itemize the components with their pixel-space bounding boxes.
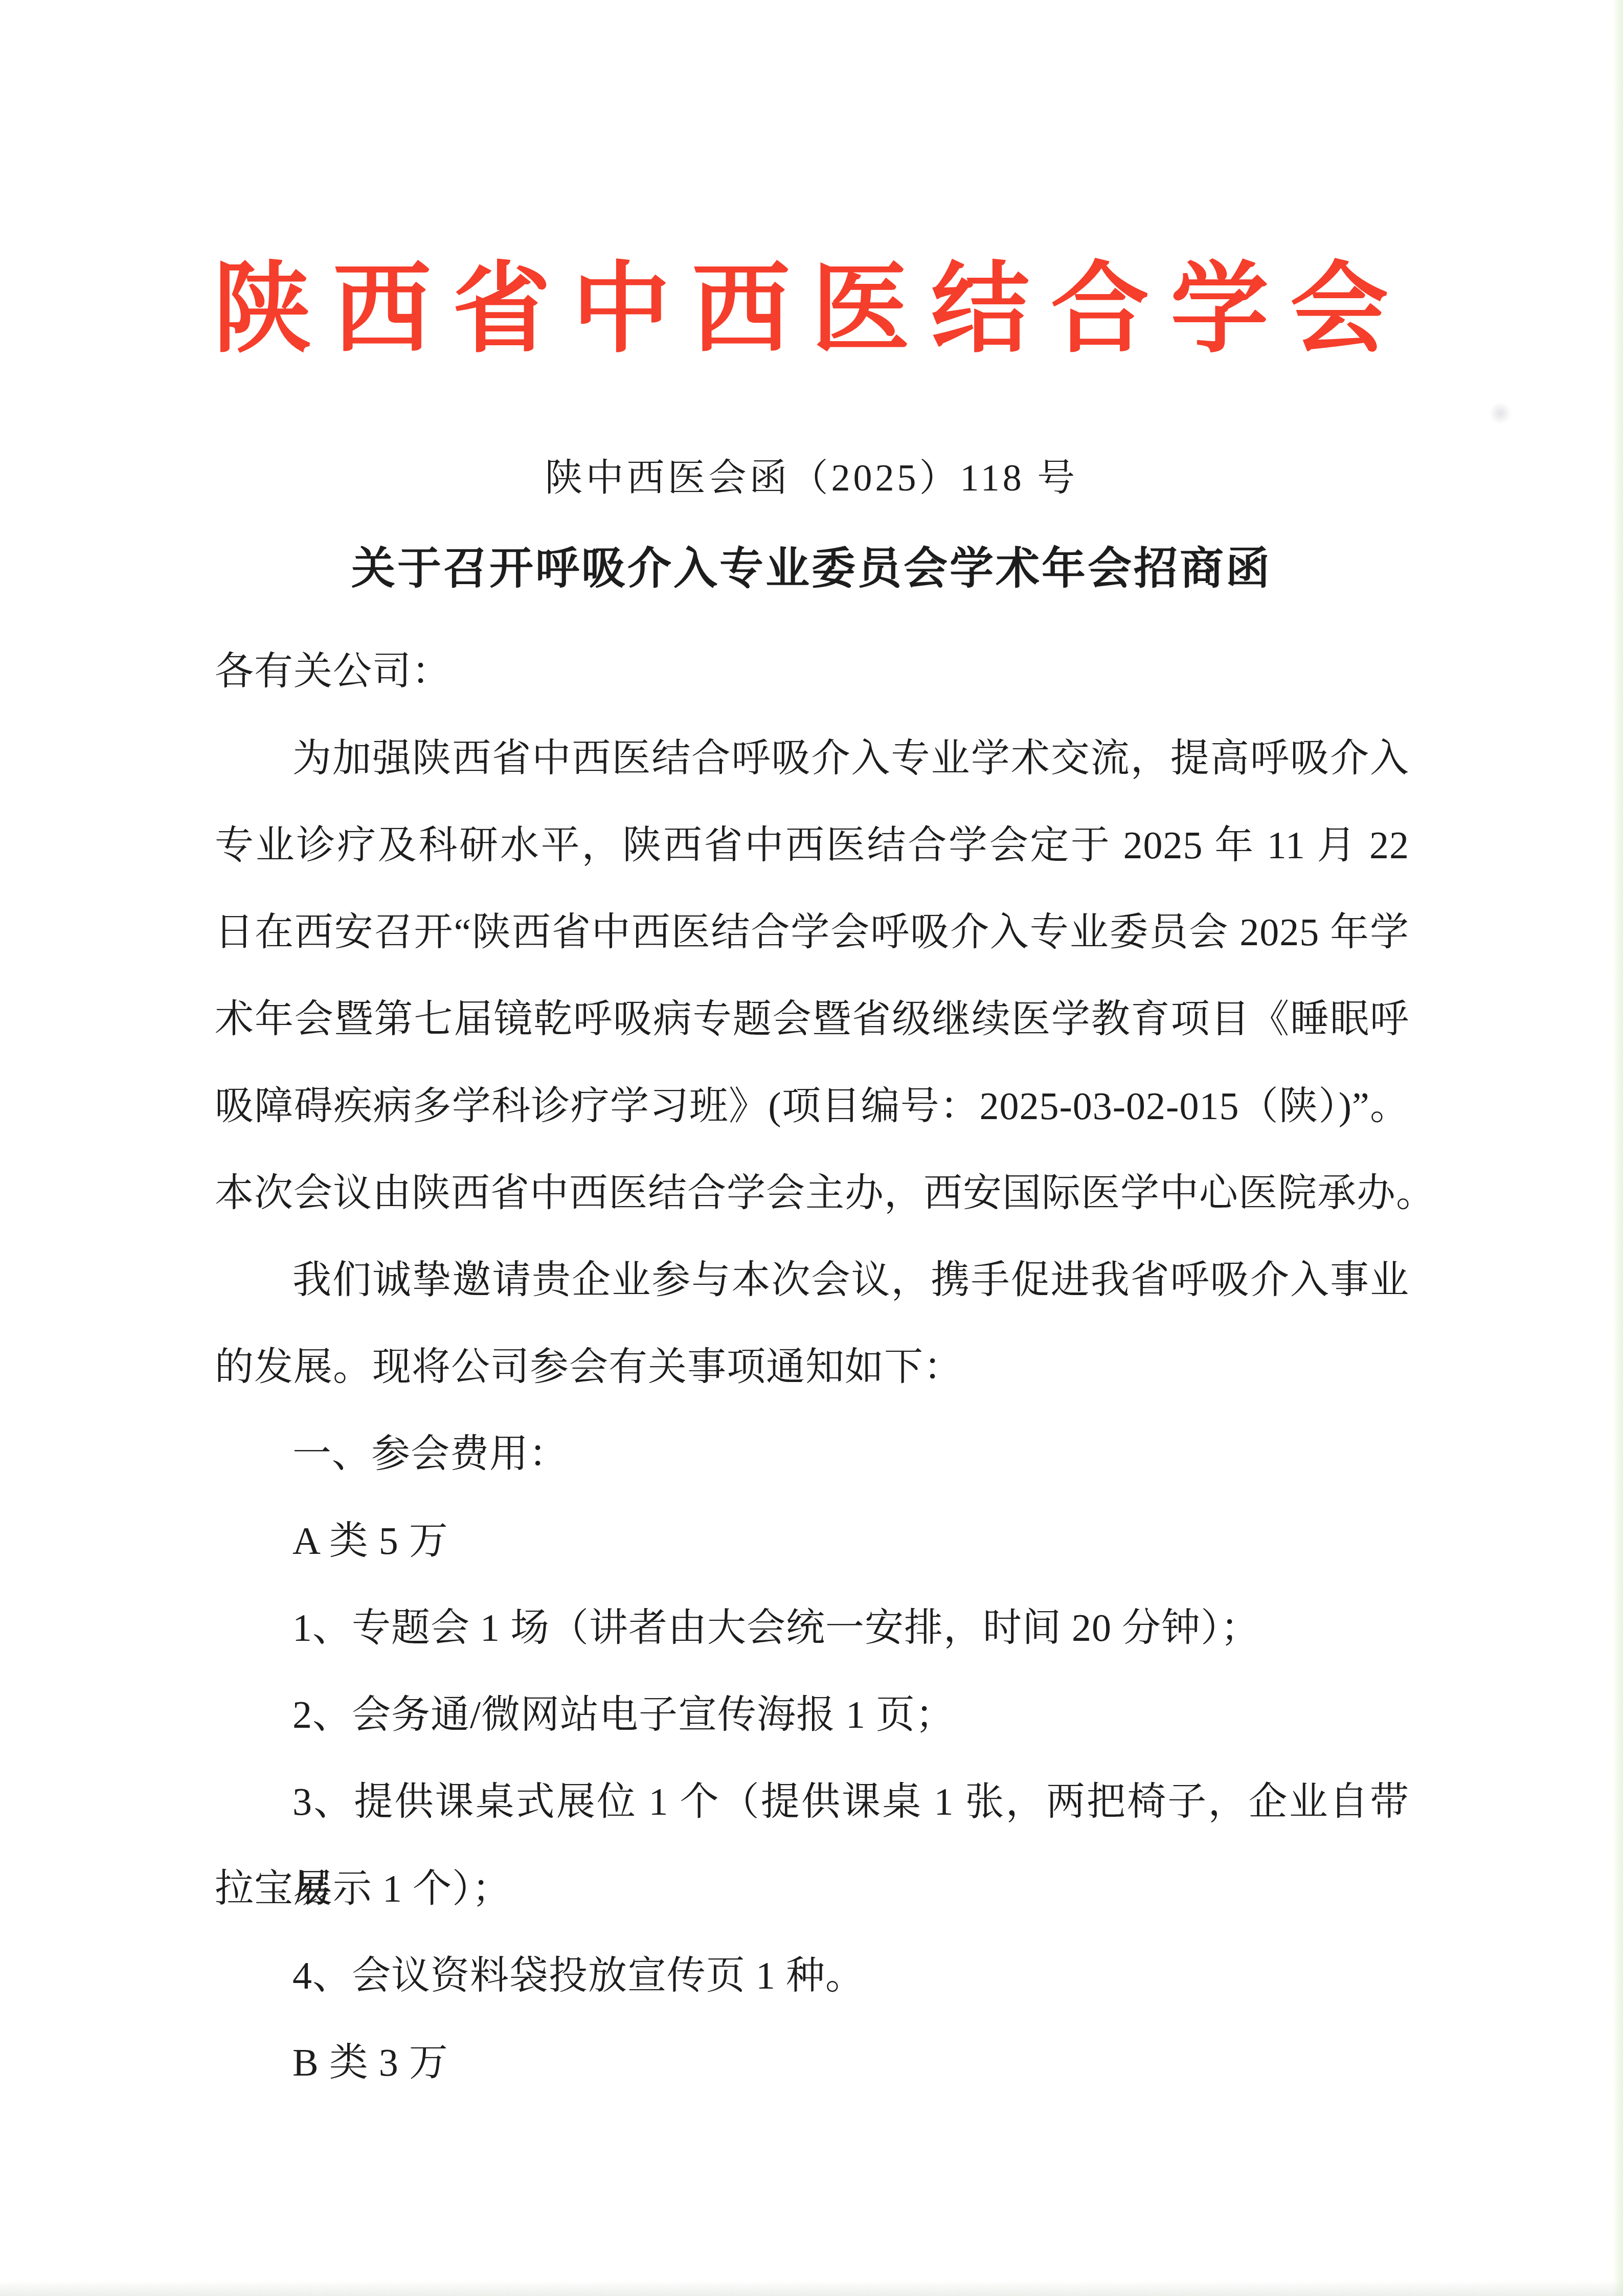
document-number: 陕中西医会函（2025）118 号: [0, 450, 1623, 507]
paragraph-line: 我们诚挚邀请贵企业参与本次会议，携手促进我省呼吸介入事业: [215, 1237, 1409, 1324]
letter-body: 各有关公司： 为加强陕西省中西医结合呼吸介入专业学术交流，提高呼吸介入 专业诊疗…: [215, 628, 1409, 2106]
scan-right-edge-artifact: [1613, 0, 1623, 2296]
paragraph-line: 术年会暨第七届镜乾呼吸病专题会暨省级继续医学教育项目《睡眠呼: [215, 976, 1409, 1063]
salutation-line: 各有关公司：: [215, 628, 1409, 715]
list-item-line: 拉宝展示 1 个）；: [215, 1845, 1409, 1932]
list-item-line: 4、会议资料袋投放宣传页 1 种。: [215, 1932, 1409, 2019]
scan-smudge-artifact: [1489, 402, 1512, 425]
list-item-line: 3、提供课桌式展位 1 个（提供课桌 1 张，两把椅子，企业自带易: [215, 1758, 1409, 1845]
paragraph-line: 专业诊疗及科研水平，陕西省中西医结合学会定于 2025 年 11 月 22: [215, 802, 1409, 889]
list-item-line: 2、会务通/微网站电子宣传海报 1 页；: [215, 1671, 1409, 1758]
paragraph-line: 本次会议由陕西省中西医结合学会主办，西安国际医学中心医院承办。: [215, 1150, 1409, 1237]
paragraph-line: 日在西安召开“陕西省中西医结合学会呼吸介入专业委员会 2025 年学: [215, 889, 1409, 976]
scanned-letter-page: 陕西省中西医结合学会 陕中西医会函（2025）118 号 关于召开呼吸介入专业委…: [0, 0, 1623, 2296]
organization-title: 陕西省中西医结合学会: [0, 231, 1623, 388]
fee-class-b-line: B 类 3 万: [215, 2019, 1409, 2106]
letter-title: 关于召开呼吸介入专业委员会学术年会招商函: [0, 536, 1623, 602]
section-heading-line: 一、参会费用：: [215, 1411, 1409, 1498]
paragraph-line: 吸障碍疾病多学科诊疗学习班》(项目编号：2025-03-02-015（陕）)”。: [215, 1063, 1409, 1150]
fee-class-a-line: A 类 5 万: [215, 1498, 1409, 1585]
paragraph-line: 的发展。现将公司参会有关事项通知如下：: [215, 1324, 1409, 1411]
scan-bottom-edge-artifact: [0, 2281, 1623, 2296]
paragraph-line: 为加强陕西省中西医结合呼吸介入专业学术交流，提高呼吸介入: [215, 715, 1409, 802]
list-item-line: 1、专题会 1 场（讲者由大会统一安排，时间 20 分钟）；: [215, 1585, 1409, 1671]
